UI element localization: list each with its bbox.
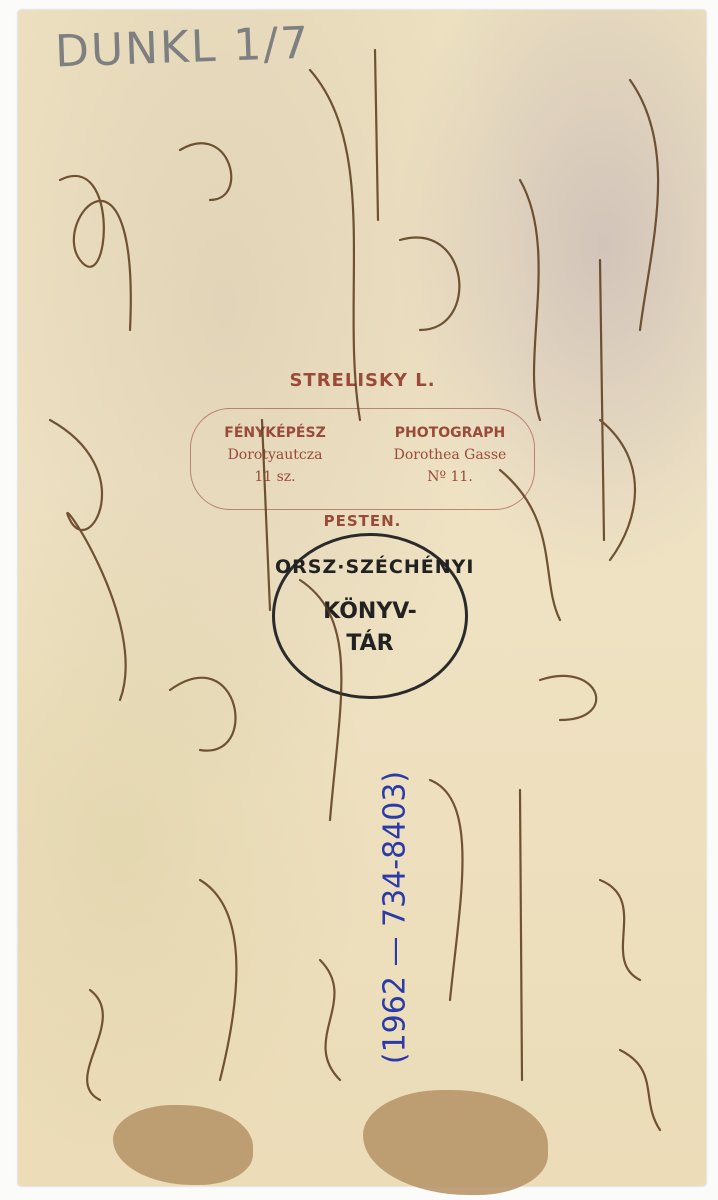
handwriting [0, 0, 718, 1200]
